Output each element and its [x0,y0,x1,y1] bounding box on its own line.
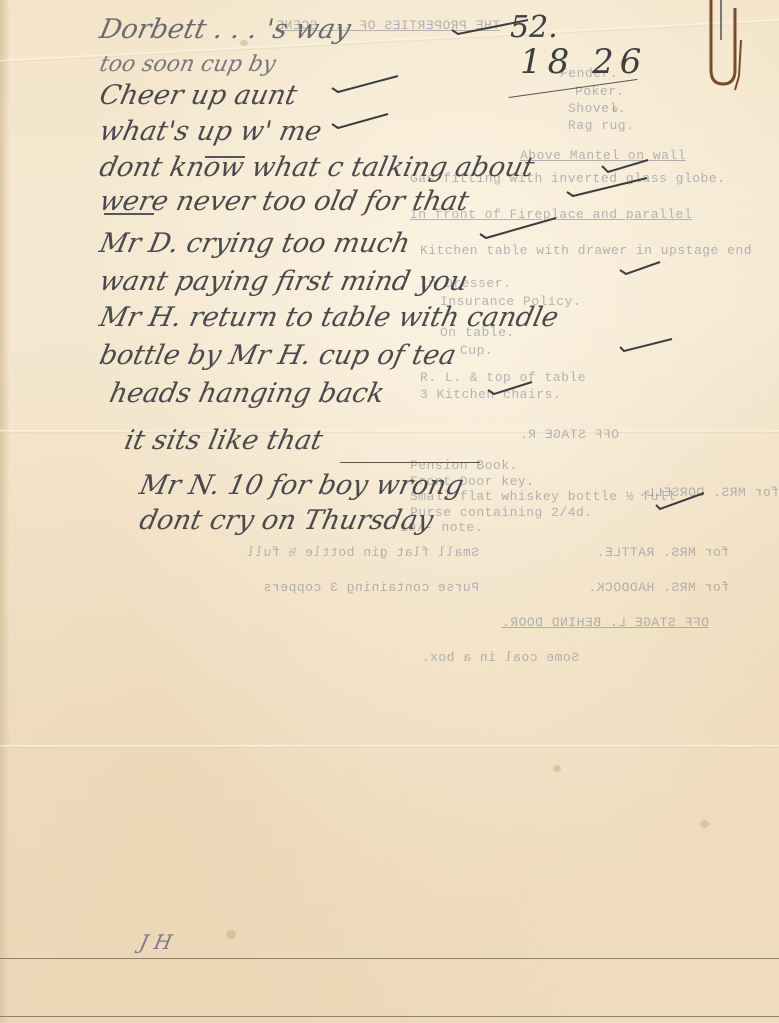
check-mark-icon [654,495,706,509]
check-mark-icon [618,339,674,353]
underline-stroke [205,156,245,158]
handwritten-line: dont cry on Thursday [137,505,436,536]
check-mark-icon [330,116,390,130]
handwritten-line: heads hanging back [107,378,388,409]
handwritten-line: Cheer up aunt [97,80,300,111]
typed-off-stage-r-item: Purse containing 2/4d. [410,505,593,520]
handwritten-line: what's up w' me [97,116,325,147]
check-mark-icon [486,382,534,396]
check-mark-icon [618,262,662,276]
handwritten-line: dont know what c talking about [97,152,537,183]
handwritten-line: Mr N. 10 for boy wrong [137,470,467,501]
underline-stroke [104,213,154,215]
check-mark-icon [565,184,650,198]
check-mark-icon [600,160,650,174]
handwritten-line: want paying first mind you [97,266,471,297]
typed-item: Shovel. [568,101,626,116]
check-mark-icon [330,80,400,94]
handwritten-line: too soon cup by [97,52,278,77]
bottom-initials: J H [137,930,174,954]
typed-on-table-item: Cup. [460,343,493,358]
handwritten-line: it sits like that [122,425,326,456]
check-mark-icon [478,224,558,238]
underline-stroke [340,462,480,463]
handwritten-line: Dorbett . . . 's way [97,14,354,45]
check-mark-icon [450,22,530,36]
handwritten-line: Mr H. return to table with candle [97,302,562,333]
handwritten-line: bottle by Mr H. cup of tea [97,340,459,371]
reference-number: 18 26 [520,42,647,82]
handwritten-line: Mr D. crying too much [97,228,413,259]
typed-item: Rag rug. [568,118,634,133]
typed-fireplace-item: Kitchen table with drawer in upstage end [420,243,752,258]
